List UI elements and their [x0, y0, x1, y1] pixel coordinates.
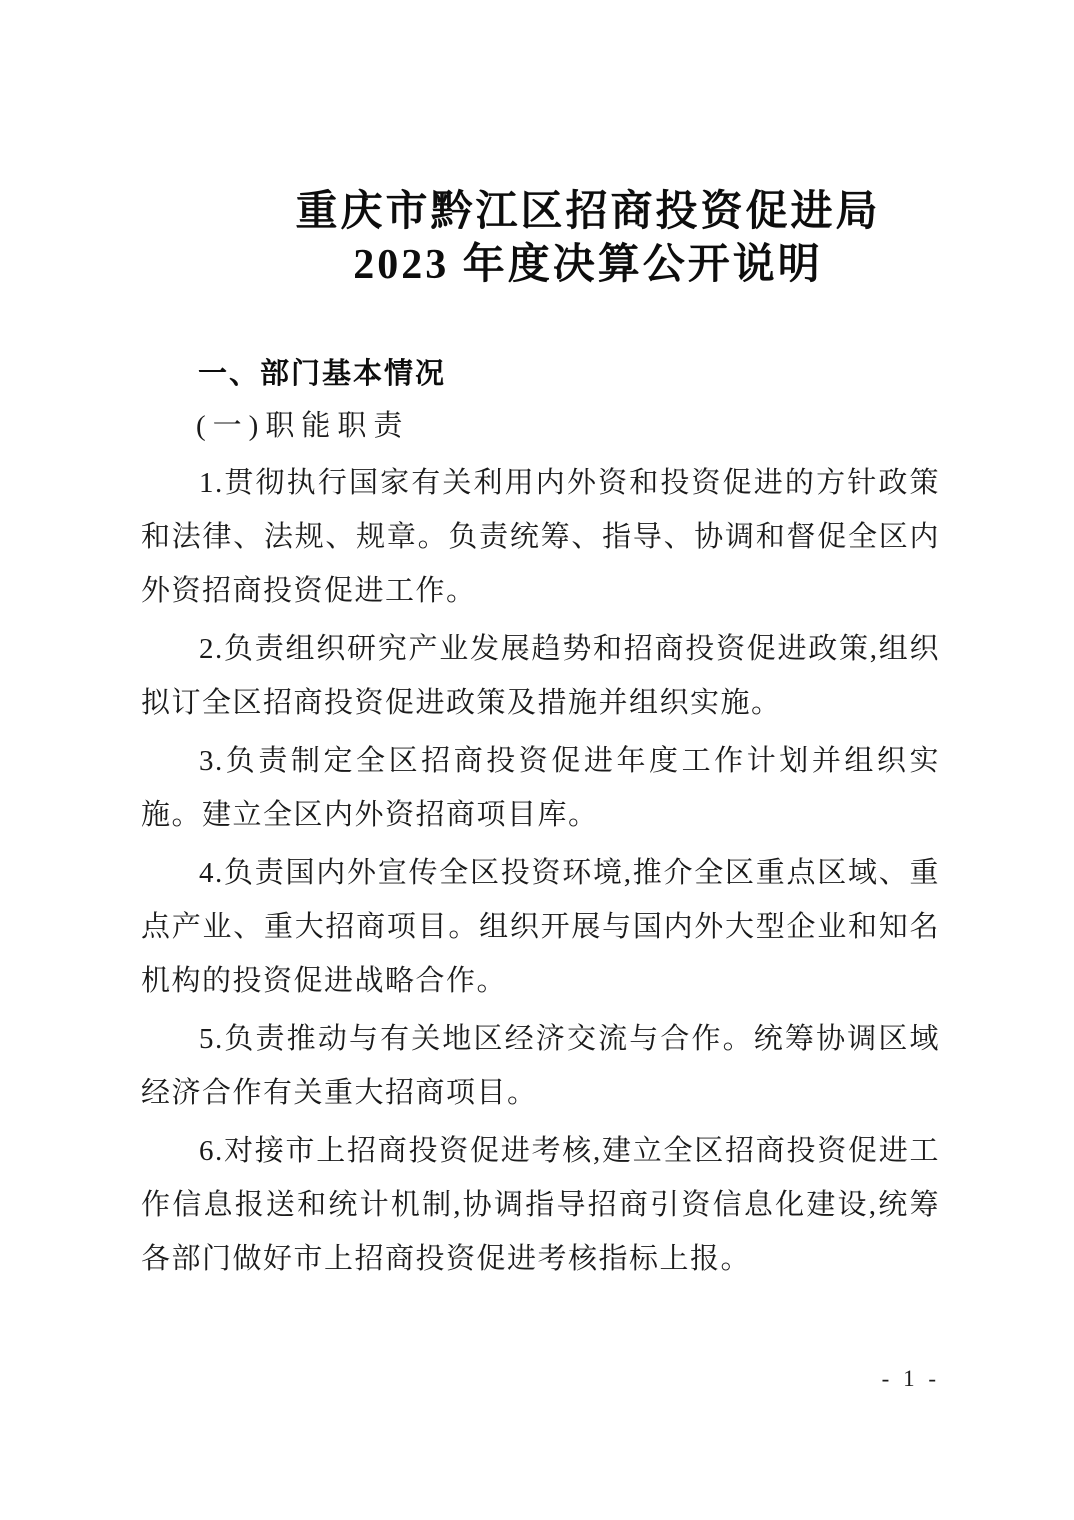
paragraph-duty-4: 4.负责国内外宣传全区投资环境,推介全区重点区域、重点产业、重大招商项目。组织开…: [141, 846, 940, 1008]
body-text: 1.贯彻执行国家有关利用内外资和投资促进的方针政策和法律、法规、规章。负责统筹、…: [141, 456, 940, 1286]
document-page: 重庆市黔江区招商投资促进局 2023 年度决算公开说明 一、部门基本情况 (一)…: [0, 0, 1074, 1520]
document-title: 重庆市黔江区招商投资促进局 2023 年度决算公开说明: [236, 186, 940, 292]
section-heading-department-overview: 一、部门基本情况: [198, 358, 940, 391]
paragraph-duty-3: 3.负责制定全区招商投资促进年度工作计划并组织实施。建立全区内外资招商项目库。: [141, 734, 940, 842]
paragraph-duty-5: 5.负责推动与有关地区经济交流与合作。统筹协调区域经济合作有关重大招商项目。: [141, 1012, 940, 1120]
paragraph-duty-1: 1.贯彻执行国家有关利用内外资和投资促进的方针政策和法律、法规、规章。负责统筹、…: [141, 456, 940, 618]
paragraph-duty-2: 2.负责组织研究产业发展趋势和招商投资促进政策,组织拟订全区招商投资促进政策及措…: [141, 622, 940, 730]
document-title-line-2: 2023 年度决算公开说明: [236, 239, 940, 292]
document-title-line-1: 重庆市黔江区招商投资促进局: [236, 186, 940, 239]
page-number: - 1 -: [882, 1366, 940, 1392]
paragraph-duty-6: 6.对接市上招商投资促进考核,建立全区招商投资促进工作信息报送和统计机制,协调指…: [141, 1124, 940, 1286]
subsection-heading-duties: (一)职能职责: [196, 408, 940, 444]
